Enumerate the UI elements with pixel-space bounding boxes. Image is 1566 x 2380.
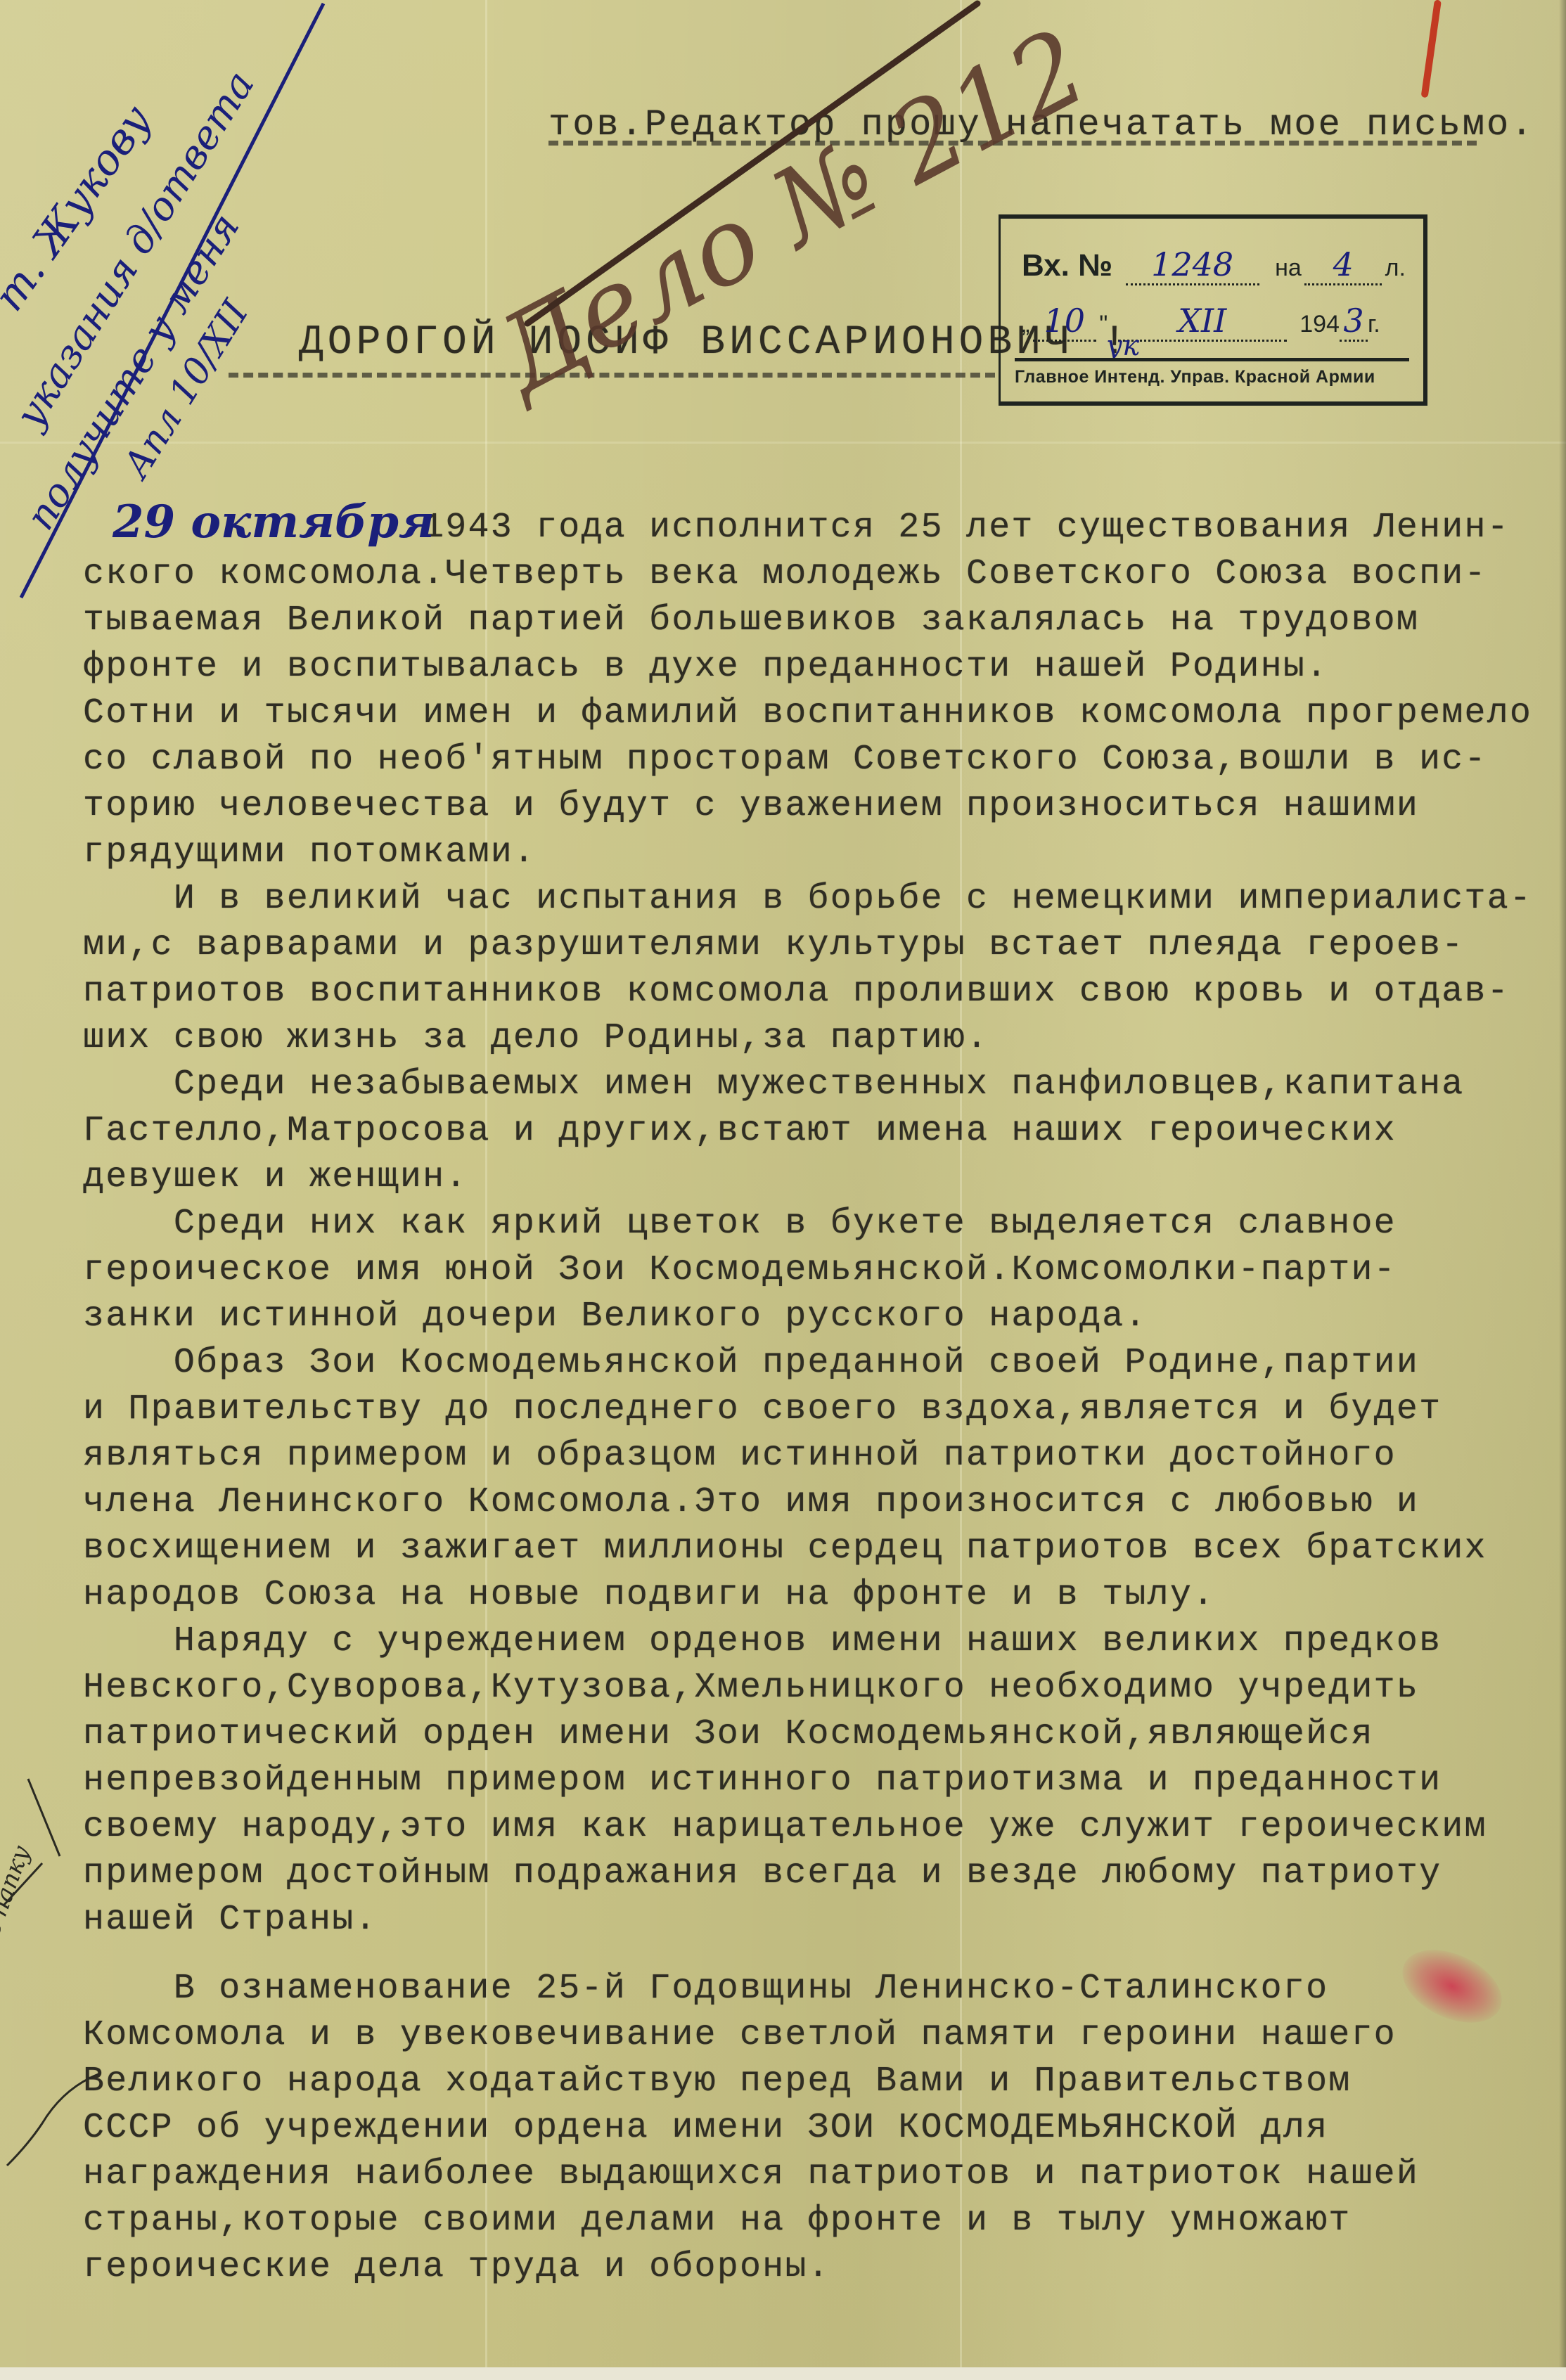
body-line: патриотический орден имени Зои Космодемь…	[83, 1714, 1374, 1754]
stamp-incoming-number: 1248	[1151, 245, 1233, 283]
body-line: В ознаменование 25-й Годовщины Ленинско-…	[83, 1969, 1328, 2009]
body-line: героические дела труда и обороны.	[83, 2247, 830, 2287]
body-line: народов Союза на новые подвиги на фронте…	[83, 1575, 1215, 1615]
body-line: нашей Страны.	[83, 1900, 378, 1940]
stamp-sheets-field: 4	[1304, 245, 1382, 285]
body-line: восхищением и зажигает миллионы сердец п…	[83, 1529, 1487, 1569]
body-line: торию человечества и будут с уважением п…	[83, 786, 1419, 826]
paper-edge-shadow	[1559, 0, 1566, 2380]
stamp-sheets-value: 4	[1333, 245, 1354, 283]
incoming-registration-stamp: Вх. № 1248 на 4 л. „ 10 " XII 1943г. ук …	[999, 214, 1427, 406]
body-line: члена Ленинского Комсомола.Это имя произ…	[83, 1482, 1419, 1522]
body-line: Наряду с учреждением орденов имени наших…	[83, 1621, 1442, 1661]
margin-check-mark	[0, 2060, 113, 2187]
body-line: тываемая Великой партией большевиков зак…	[83, 600, 1419, 641]
stamp-date-suffix: г.	[1368, 311, 1380, 337]
stamp-date-month: XII	[1178, 302, 1226, 340]
case-mark-strike-line	[520, 0, 984, 330]
body-line: Среди них как яркий цветок в букете выде…	[83, 1204, 1397, 1244]
body-line: своему народу,это имя как нарицательное …	[83, 1807, 1487, 1847]
body-line: героическое имя юной Зои Космодемьянской…	[83, 1250, 1397, 1290]
body-line: Невского,Суворова,Кутузова,Хмельницкого …	[83, 1668, 1419, 1708]
body-line: СССР об учреждении ордена имени ЗОИ КОСМ…	[83, 2108, 1328, 2148]
body-line: Гастелло,Матросова и других,встают имена…	[83, 1111, 1397, 1151]
body-line: награждения наиболее выдающихся патриото…	[83, 2154, 1419, 2194]
body-line: занки истинной дочери Великого русского …	[83, 1297, 1148, 1337]
body-line: патриотов воспитанников комсомола пролив…	[83, 972, 1510, 1012]
body-line: непревзойденным примером истинного патри…	[83, 1761, 1442, 1801]
body-line: со славой по необ'ятным просторам Советс…	[83, 740, 1487, 780]
body-line: Среди незабываемых имен мужественных пан…	[83, 1064, 1465, 1105]
body-line: Образ Зои Космодемьянской преданной свое…	[83, 1343, 1419, 1383]
stamp-number-row: Вх. № 1248 на 4 л.	[1022, 245, 1409, 285]
paper-bottom-edge	[0, 2367, 1566, 2380]
body-line: ми,с варварами и разрушителями культуры …	[83, 925, 1465, 965]
body-line: Комсомола и в увековечивание светлой пам…	[83, 2015, 1397, 2055]
body-line: Великого народа ходатайствую перед Вами …	[83, 2061, 1351, 2102]
stamp-sheets-suffix: л.	[1385, 255, 1406, 281]
stamp-date-month-field: XII	[1118, 302, 1287, 342]
body-line: являться примером и образцом истинной па…	[83, 1436, 1397, 1476]
stamp-date-year-suffix: 3	[1343, 302, 1363, 340]
margin-tick-mark	[0, 1772, 84, 1912]
stamp-incoming-label: Вх. №	[1022, 248, 1112, 283]
body-line: ших свою жизнь за дело Родины,за партию.	[83, 1018, 989, 1058]
body-line: примером достойным подражания всегда и в…	[83, 1853, 1442, 1893]
stamp-date-year-prefix: 194	[1299, 311, 1340, 337]
stamp-date-day: 10	[1044, 302, 1086, 340]
body-line: ского комсомола.Четверть века молодежь С…	[83, 554, 1487, 594]
body-line: Сотни и тысячи имен и фамилий воспитанни…	[83, 693, 1532, 733]
body-line: И в великий час испытания в борьбе с нем…	[83, 879, 1532, 919]
body-line: грядущими потомками.	[83, 832, 536, 873]
body-line: девушек и женщин.	[83, 1157, 468, 1197]
body-line: страны,которые своими делами на фронте и…	[83, 2201, 1351, 2241]
stamp-date-row: „ 10 " XII 1943г.	[1022, 302, 1409, 342]
inserted-date-handwritten: 29 октября	[113, 496, 435, 548]
stamp-organization: Главное Интенд. Управ. Красной Армии	[1015, 358, 1409, 387]
body-line: и Правительству до последнего своего взд…	[83, 1389, 1442, 1429]
body-line: фронте и воспитывалась в духе преданност…	[83, 647, 1328, 687]
stamp-sheets-label: на	[1275, 255, 1302, 281]
stamp-incoming-number-field: 1248	[1126, 245, 1259, 285]
stamp-date-day-field: 10	[1033, 302, 1096, 342]
